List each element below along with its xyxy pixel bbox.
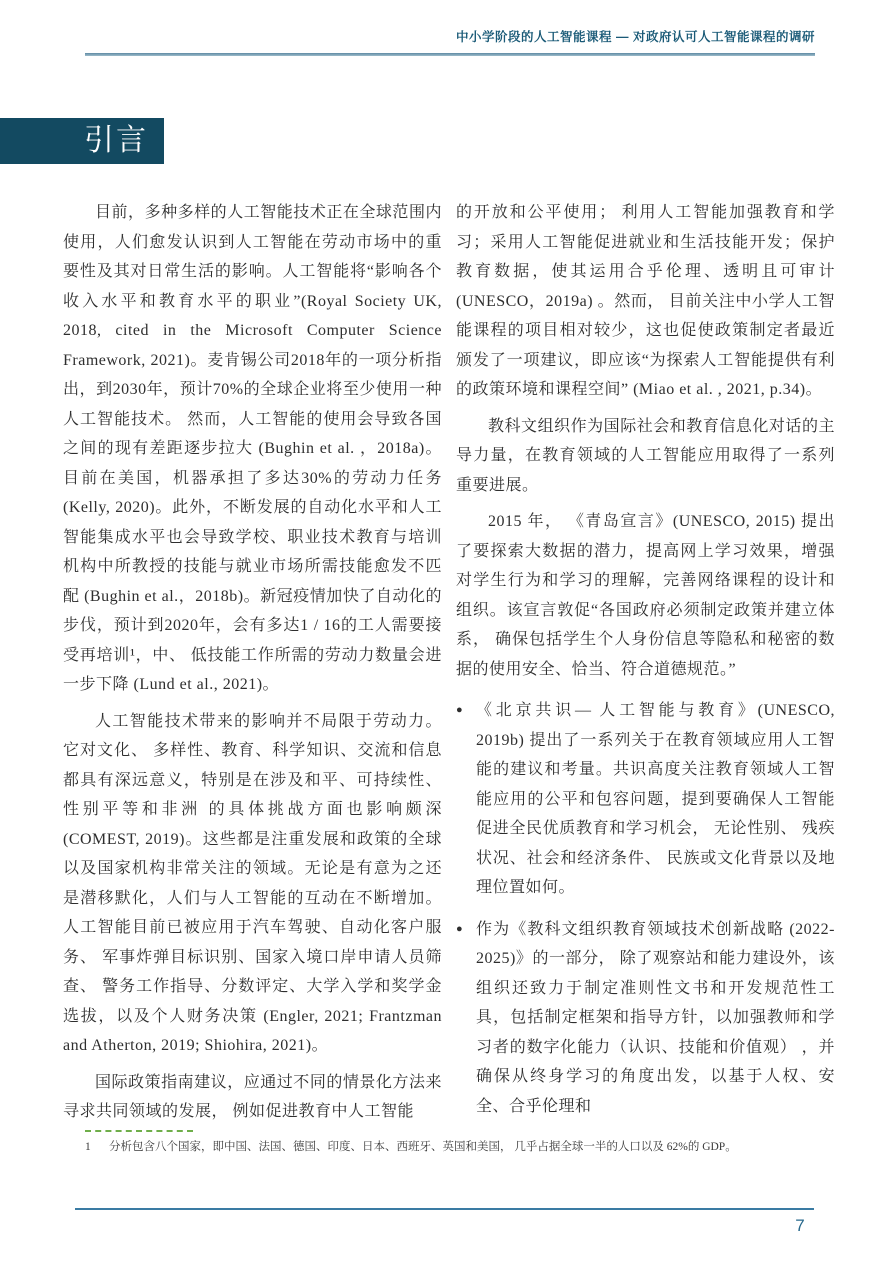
footnote-separator [85, 1130, 193, 1132]
bullet-text: 《北京共识— 人工智能与教育》(UNESCO, 2019b) 提出了一系列关于在… [476, 696, 835, 903]
section-title-block: 引言 [0, 118, 164, 164]
column-right: 的开放和公平使用； 利用人工智能加强教育和学习；采用人工智能促进就业和生活技能开… [456, 198, 835, 1134]
footnote-number: 1 [85, 1139, 109, 1155]
page-number: 7 [790, 1216, 810, 1236]
footnote-text: 分析包含八个国家，即中国、法国、德国、印度、日本、西班牙、英国和美国， 几乎占据… [109, 1139, 815, 1155]
header-rule [85, 53, 815, 56]
bullet-item-beijing-consensus: ● 《北京共识— 人工智能与教育》(UNESCO, 2019b) 提出了一系列关… [456, 696, 835, 903]
column-left: 目前，多种多样的人工智能技术正在全球范围内使用，人们愈发认识到人工智能在劳动市场… [63, 198, 442, 1134]
paragraph-ai-impact: 人工智能技术带来的影响并不局限于劳动力。 它对文化、 多样性、教育、科学知识、交… [63, 707, 442, 1061]
page-header-title: 中小学阶段的人工智能课程 — 对政府认可人工智能课程的调研 [456, 27, 815, 45]
footnote: 1 分析包含八个国家，即中国、法国、德国、印度、日本、西班牙、英国和美国， 几乎… [85, 1139, 815, 1155]
footer-rule [75, 1208, 814, 1210]
content-columns: 目前，多种多样的人工智能技术正在全球范围内使用，人们愈发认识到人工智能在劳动市场… [63, 198, 835, 1134]
section-title: 引言 [84, 126, 148, 156]
bullet-text: 作为《教科文组织教育领域技术创新战略 (2022-2025)》的一部分， 除了观… [476, 915, 835, 1122]
document-page: 中小学阶段的人工智能课程 — 对政府认可人工智能课程的调研 引言 目前，多种多样… [0, 0, 892, 1263]
paragraph-policy-guidance-continued: 的开放和公平使用； 利用人工智能加强教育和学习；采用人工智能促进就业和生活技能开… [456, 198, 835, 405]
paragraph-qingdao-declaration: 2015 年， 《青岛宣言》(UNESCO, 2015) 提出了要探索大数据的潜… [456, 507, 835, 684]
bullet-icon: ● [456, 696, 476, 903]
paragraph-intro-ai-tech: 目前，多种多样的人工智能技术正在全球范围内使用，人们愈发认识到人工智能在劳动市场… [63, 198, 442, 700]
paragraph-unesco-role: 教科文组织作为国际社会和教育信息化对话的主导力量，在教育领域的人工智能应用取得了… [456, 412, 835, 501]
bullet-icon: ● [456, 915, 476, 1122]
bullet-item-unesco-strategy: ● 作为《教科文组织教育领域技术创新战略 (2022-2025)》的一部分， 除… [456, 915, 835, 1122]
paragraph-policy-guidance: 国际政策指南建议，应通过不同的情景化方法来寻求共同领域的发展， 例如促进教育中人… [63, 1068, 442, 1127]
